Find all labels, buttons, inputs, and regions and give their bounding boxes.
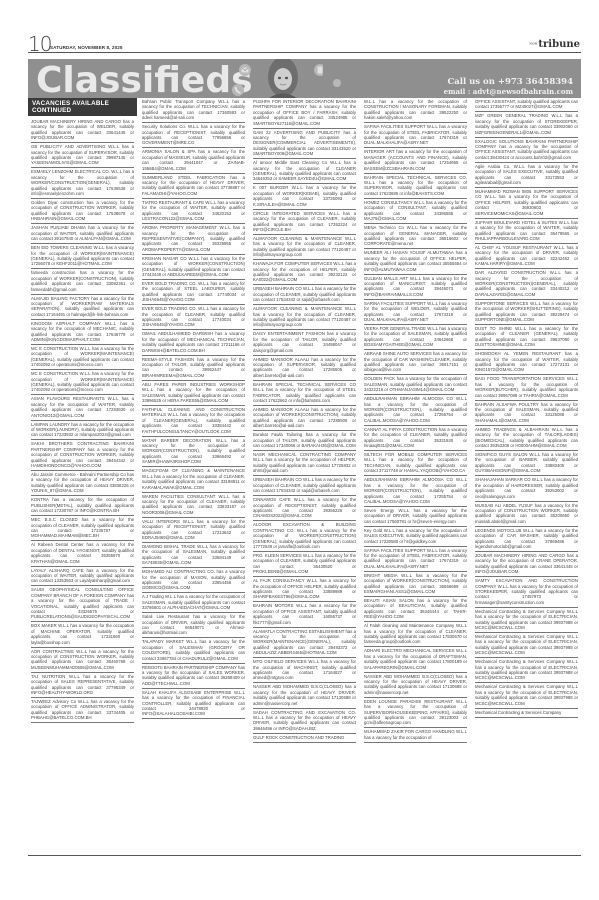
classified-ad: GULF ROCK CONSTRUCTION AND TRADING <box>253 734 356 743</box>
classified-ad: AOR CONTRACTING W.L.L has a vacancy for … <box>31 648 134 673</box>
classified-ad: BOX MAKER W.L.L has a vacancy for the oc… <box>31 622 134 647</box>
classified-ad: CINNAMOS CAFE W.L.L has a vacancy for th… <box>253 496 356 521</box>
classified-ad: Al Falah cleaning and Maintenance Compan… <box>364 622 467 647</box>
classified-ad: AROMA PROPERTY MANAGEMENT W.L.L has a va… <box>142 224 245 255</box>
classified-ad: Agile Arabia Co. W.L.L has a vacancy for… <box>475 163 578 188</box>
classified-ad: CIRCLE INTEGRATED SERVICES W.L.L has a v… <box>253 210 356 235</box>
classified-ad: TAJWEEZ Advisory Co W.L.L has a vacancy … <box>31 698 134 723</box>
classified-ad: GB PUBLICITY AND ADVERTISING W.L.L has a… <box>31 143 134 168</box>
classified-ad: Mechanical Contracting & Services Compan… <box>475 683 578 708</box>
classified-ad: GAM 22 ADVERTISING AND PUBLICITY has a v… <box>253 129 356 160</box>
classified-ad: KHAWAJA FOR COMPUTER SERVICES W.L.L has … <box>253 260 356 285</box>
classified-ad: ASIAN FLAVOURS RESTAURANTS W.L.L has a v… <box>31 395 134 420</box>
classified-ad: MATAR BARBER DECORATION W.L.L has a vaca… <box>142 437 245 468</box>
classified-ad: SAFINA FACILITIES SUPPORT W.L.L has a va… <box>364 123 467 148</box>
logo-text: tribune <box>538 39 580 50</box>
page-header: 10 SATURDAY, NOVEMBER 8, 2025 <box>28 34 281 54</box>
classified-ad: OFFICE ASSISTANT, suitably qualified app… <box>475 98 578 112</box>
classified-ad: ALAMATLA CONTRACTING ESTABLISHMENT has a… <box>253 628 356 659</box>
envelope-icon <box>239 64 251 76</box>
classified-ad: MUSSAB ALI ABDEL YUSUF has a vacancy for… <box>475 502 578 527</box>
tribune-logo: ᴺᴼᴮtribune <box>529 39 580 50</box>
classified-ad: SILTECH FOR MOBILE COMPUTER SERVICES W.L… <box>364 451 467 476</box>
classified-ad: AHMED MANSOOR ALAALI has a vacancy for t… <box>253 356 356 381</box>
classified-ad: MUHAMMAD ZAKIR FOR CARGO HANDLING W.L.L … <box>364 728 467 742</box>
ad-list: PUSHPA FOR INTERIOR DECORATION BAHRAINI … <box>253 98 356 743</box>
header-rule <box>28 52 581 53</box>
classified-ad: SARINA FACILITIES SUPPORT W.L.L has a va… <box>364 300 467 325</box>
classified-ad: W.L.L has a vacancy for the occupation o… <box>364 98 467 123</box>
classified-ad: FAITHFUL CLEANING AND CONSTRUCTION MATER… <box>142 406 245 437</box>
classified-ad: TIATRO RESTAURANT & CAFE W.L.L has a vac… <box>142 199 245 224</box>
classified-ad: AHMED MANSOOR ALAALI has a vacancy for t… <box>253 406 356 431</box>
classified-ad: JUFFAIR BOULEVARD HOTEL & SUITES W.L.L h… <box>475 219 578 244</box>
classified-ad: Al Rabeea Dental Center has a vacancy fo… <box>31 541 134 566</box>
classified-ad: URBASEH BAHRAIN CO W.L.L has a vacancy f… <box>253 285 356 305</box>
classified-ad: ALMAJID BAILING FACTORY has a vacancy fo… <box>31 295 134 320</box>
classified-ad: K 007 BURGER W.L.L has a vacancy for the… <box>253 184 356 209</box>
classified-ad: ARMONIA SALON & SPA has a vacancy for th… <box>142 148 245 173</box>
classified-ad: EVER BOLD TRADING CO. W.L.L has a vacanc… <box>142 305 245 330</box>
classifieds-banner: Classifieds <box>28 59 581 98</box>
classified-ad: MEC B.S.C CLOSED has a vacancy for the o… <box>31 516 134 541</box>
classified-ad: NASSER ABD MOHAMMED B.S.C(CLOSED) has a … <box>364 673 467 698</box>
column-5: OFFICE ASSISTANT, suitably qualified app… <box>472 98 581 854</box>
classified-ad: Mechanical Contracting & Services Compan… <box>475 709 578 718</box>
column-2: Bahrain Public Transport Company W.L.L h… <box>139 98 248 854</box>
classified-ad: EVER BOLD TRADING CO. W.L.L has a vacanc… <box>142 280 245 305</box>
classified-ad: SAUDI GEOPHYSICAL CONSULTING OFFICE COMP… <box>31 586 134 622</box>
classified-ad: MOHAMED ALI CONTRACTING CO. has a vacanc… <box>142 568 245 593</box>
classified-ad: JASHAN PUNJABI DHABA has a vacancy for t… <box>31 224 134 244</box>
classified-ad: KINGDOM ASPHALT COMPANY W.L.L has a vaca… <box>31 320 134 345</box>
classified-ad: ALMAYOOR CLEANING & MAINTENANCE W.L.L ha… <box>253 235 356 260</box>
classified-ad: SIGNIFICO GUYS SALON W.L.L has a vacancy… <box>475 451 578 476</box>
classified-ad: NASSER ABD MOHAMMED B.S.C(CLOSED) has a … <box>253 683 356 708</box>
classified-ad: Mechanical Contracting & Services Compan… <box>475 658 578 683</box>
classified-ad: MUNEER ALI HASAN YOUSIF ALMUTAWAA has a … <box>364 249 467 274</box>
classified-ad: DAR ALZAYED CONSTRUCTION W.L.L has a vac… <box>475 269 578 300</box>
classified-ad: GOLDEN PACK has a vacancy for the occupa… <box>364 375 467 395</box>
classified-ad: AHMED TRADINGS & ALBAHRAIN W.L.L has a v… <box>475 426 578 451</box>
classified-ad: SAMTY EXCAVATION AND CONSTRUCTION COMPAN… <box>475 577 578 608</box>
logo-mark: ᴺᴼᴮ <box>529 42 537 48</box>
issue-date: SATURDAY, NOVEMBER 8, 2025 <box>50 45 123 50</box>
classified-ad: ABDULRAHMAN EBRAHIM ALMOOSA CO W.L.L has… <box>364 476 467 507</box>
classified-ad: DUST TO SHINE W.L.L has a vacancy for th… <box>475 325 578 350</box>
classified-ad: VALLI INTERIORS W.L.L has a vacancy for … <box>142 518 245 543</box>
classified-ad: LEGENDS MOTOCLUB W.L.L has a vacancy for… <box>475 527 578 552</box>
classified-ad: BASI FOOD TRANSPORTATION SERVICES W.L.L … <box>475 375 578 400</box>
classified-ad: ISMAIL ABDULHAMEED DARWISH has a vacancy… <box>142 330 245 355</box>
classified-ad: BAHRAIN MOTORS W.L.L has a vacancy for t… <box>253 602 356 627</box>
classified-ad: AL FAJR CONSULTANCY W.L.L has a vacancy … <box>253 577 356 602</box>
classified-ad: Abu Jassim Commerce - Bahraini Partnersh… <box>31 471 134 496</box>
classified-ad: ABU FARES PAPER INDUSTRIES WORKSHOP W.L.… <box>142 381 245 406</box>
ad-list: OFFICE ASSISTANT, suitably qualified app… <box>475 98 578 718</box>
classified-ad: NASR MECHANICAL CONTRACTING COMPANY W.L.… <box>253 451 356 476</box>
classified-ad: DIAMOND BISHAL TRADE W.L.L has a vacancy… <box>142 543 245 568</box>
email-text: email : advt@newsofbahrain.com <box>444 87 573 96</box>
woman-illustration <box>268 59 298 98</box>
classified-ad: CANNAT AL FIRYA CONSTRUCTION has a vacan… <box>364 426 467 451</box>
classified-ad: HOMEZ CONSULTANCY W.L.L has a vacancy fo… <box>364 199 467 224</box>
classified-ad: LAMPAN LAUNDRY has a vacancy for the occ… <box>31 421 134 441</box>
column-1: VACANCIES AVAILABLE CONTINUED JOUBAR MAC… <box>28 98 137 854</box>
classified-ad: AL CHEF AL YOUSUF RESTAURANT W.L.L has a… <box>475 244 578 269</box>
classified-ad: fameeda construction has a vacancy for t… <box>31 269 134 294</box>
classified-ad: BAHRAIN ALSAFWA POULTRY has a vacancy fo… <box>475 401 578 426</box>
classified-ad: BAHRAIN SPECIAL TECHNICAL SERVICES CO. W… <box>364 174 467 199</box>
classified-ad: Bahrain Public Transport Company W.L.L h… <box>142 98 245 123</box>
classified-ad: BEAUTI ASIAN SALON has a vacancy for the… <box>364 597 467 622</box>
classified-ad: DAISY ENTERTAINMENT FASHION has a vacanc… <box>253 330 356 355</box>
classified-ad: ADHARI ELECTRO MECHANICAL SERVICES W.L.L… <box>364 647 467 672</box>
classified-ad: JOUBAR MACHINERY HIRING AND CARGO has a … <box>31 118 134 143</box>
classified-ad: EXALOGIC SOLUTIONS BAHRAINI PARTNERSHIP … <box>475 138 578 163</box>
classified-ad: ALOOOR EXCAVATION & BUILDING CONTRACTING… <box>253 521 356 552</box>
classified-ad: SAFINA FACILITIES SUPPORT W.L.L has a va… <box>364 547 467 572</box>
classifieds-columns: VACANCIES AVAILABLE CONTINUED JOUBAR MAC… <box>28 98 581 854</box>
phone-icon <box>232 84 244 96</box>
classified-ad: Golden Diyar construction has a vacancy … <box>31 199 134 224</box>
ad-list: W.L.L has a vacancy for the occupation o… <box>364 98 467 743</box>
classified-ad: MTG OILFIELD SERVICES W.L.L has a vacanc… <box>253 658 356 683</box>
classified-ad: BEN EID TOWERS CLEANING W.L.L has a vaca… <box>31 244 134 269</box>
classified-ad: SHAHAJAHAN SARKAR CO W.L.L has a vacancy… <box>475 476 578 501</box>
section-heading: VACANCIES AVAILABLE CONTINUED <box>28 98 137 116</box>
classified-ad: BAHRAIN SPECIAL TECHNICAL SERVICES CO W.… <box>253 381 356 406</box>
classified-ad: ABRAAB SHINE AUTO SERVICES has a vacancy… <box>364 350 467 375</box>
classified-ad: KRISHAN NAGAR CO W.L.L has a vacancy for… <box>142 255 245 280</box>
classified-ad: MUHAMMAD RIZWAN 0805 SUPPORT SERVICES CO… <box>475 188 578 219</box>
classified-ad: Security Solutions Co. W.L.L has a vacan… <box>142 123 245 148</box>
classified-ad: PUSHPA FOR INTERIOR DECORATION BAHRAINI … <box>253 98 356 129</box>
classified-ad: SAKHI BROTHERS CONTRACTING BAHRAINI PART… <box>31 440 134 471</box>
classified-ad: SUPPORTONE SERVICES W.L.L has a vacancy … <box>475 300 578 325</box>
globe-icon <box>333 79 341 87</box>
classified-ad: ABDULRAHMAN EBRAHIM ALMOOSA CO W.L.L has… <box>364 395 467 426</box>
classified-ad: REBOOTII BAHRAIN PARTNERSHIP COMPANY has… <box>142 664 245 689</box>
classified-ad: SHOMOOKH AL YEMEN RESTAURANT has a vacan… <box>475 350 578 375</box>
classified-ad: VEERA FOR GENERAL TRADE W.L.L has a vaca… <box>364 325 467 350</box>
classified-ad: TALAPADY MARKET W.L.L has a vacancy for … <box>142 638 245 663</box>
classified-ad: EDEN LOUNGE PARADISE RESTAURANT W.L.L ha… <box>364 698 467 729</box>
ad-list: Bahrain Public Transport Company W.L.L h… <box>142 98 245 719</box>
classified-ad: URBASEH BAHRAIN CO W.L.L has a vacancy f… <box>253 476 356 496</box>
classified-ad: MC E CONSTRUCTION W.L.L has a vacancy fo… <box>31 370 134 395</box>
ad-list: JOUBAR MACHINERY HIRING AND CARGO has a … <box>31 118 134 723</box>
classified-ad: BRIGHT MEDIA W.L.L has a vacancy for the… <box>364 572 467 597</box>
classified-ad: Seven Energy W.L.L has a vacancy for the… <box>364 507 467 527</box>
classified-ad: Mechanical Contracting & Services Compan… <box>475 633 578 658</box>
classified-ad: Burakat Fawla Tailoring has a vacancy fo… <box>253 431 356 451</box>
classified-ad: A.J Trading W.L.L has a vacancy for the … <box>142 593 245 613</box>
classified-ad: INTERIOR ART has a vacancy for the occup… <box>364 148 467 173</box>
mobile-icon <box>314 64 323 76</box>
classified-ad: ALMAYOOR CLEANING & MAINTENANCE W.L.L ha… <box>253 305 356 330</box>
classified-ad: SADAH CONTRACTING AND EXCAVATION CO. W.L… <box>253 709 356 734</box>
classified-ad: TAJ NUTRITION W.L.L has a vacancy for th… <box>31 673 134 698</box>
classified-ad: MZF GREEN GENERAL TRADING W.L.L has a va… <box>475 112 578 137</box>
classified-ad: GULBAN MALLS ART W.L.L has a vacancy for… <box>364 275 467 300</box>
classified-ad: REEMA-STYLE FASHION has a vacancy for th… <box>142 356 245 381</box>
classified-ad: Key Gold W.L.L has a vacancy for the occ… <box>364 527 467 547</box>
classified-ad: ESMAELY LENZOHM ELECTRICAL CO. W.L.L has… <box>31 168 134 199</box>
classified-ad: SALAH KHALIFA ALGOSAIBI ENTERPRISE W.L.L… <box>142 689 245 720</box>
classified-ad: SUMMERLAND STEEL FABRICATION has a vacan… <box>142 174 245 199</box>
call-us-text: Call us on +973 36458394 <box>447 77 573 87</box>
classified-ad: MC E CONSTRUCTION W.L.L has a vacancy fo… <box>31 345 134 370</box>
column-3: PUSHPA FOR INTERIOR DECORATION BAHRAINI … <box>250 98 359 854</box>
classified-ad: WAREN FACILITIES CONSULTANT W.L.L has a … <box>142 493 245 518</box>
classified-ad: Mechanical Contracting & Services Compan… <box>475 608 578 633</box>
classified-ad: MAGICFOAM OF CLEANING & MAINTENANCE W.L.… <box>142 467 245 492</box>
classified-ad: PRO. KLEEN SERVICES W.L.L has a vacancy … <box>253 552 356 577</box>
footer-rule <box>28 855 581 856</box>
classified-ad: KONTRA has a vacancy for the occupation … <box>31 496 134 516</box>
classified-ad: JOUBAR MACHINERY HIRING AND CARGO has a … <box>475 552 578 577</box>
column-4: W.L.L has a vacancy for the occupation o… <box>361 98 470 854</box>
page-number: 10 <box>28 34 51 54</box>
banner-illustration <box>213 59 323 98</box>
classified-ad: Al amoor Middle East Cleaning Co W.L.L h… <box>253 159 356 184</box>
classified-ad: MENA Technico Co W.L.L has a vacancy for… <box>364 224 467 249</box>
classified-ad: LAYALY ALSHARQ CAFE has a vacancy for th… <box>31 567 134 587</box>
classified-ad: Salali Live Restaurant has a vacancy for… <box>142 613 245 638</box>
